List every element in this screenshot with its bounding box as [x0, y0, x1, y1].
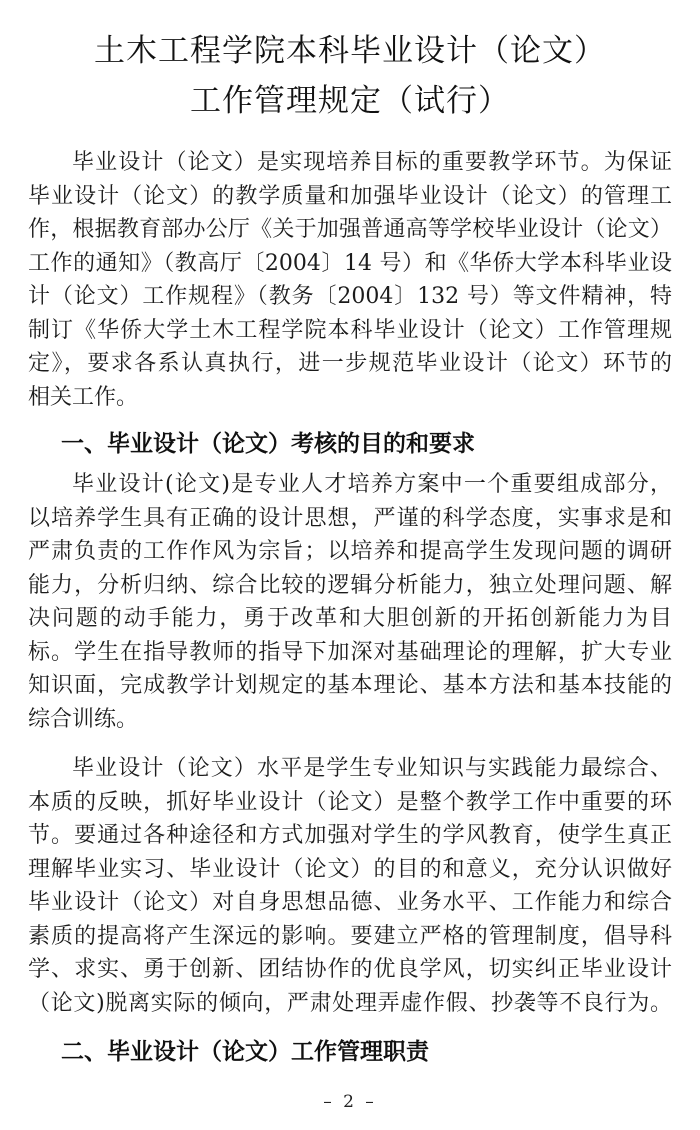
paragraph-line: 学、求实、勇于创新、团结协作的优良学风，切实纠正毕业设计 — [28, 953, 672, 987]
paragraph-line: 严肃负责的工作作风为宗旨；以培养和提高学生发现问题的调研 — [28, 535, 672, 569]
paragraph-line: 工作的通知》（教高厅〔2004〕14 号）和《华侨大学本科毕业设 — [28, 247, 672, 281]
paragraph-line: 相关工作。 — [28, 381, 672, 415]
paragraph-line: 理解毕业实习、毕业设计（论文）的目的和意义，充分认识做好 — [28, 853, 672, 887]
paragraph-line: 标。学生在指导教师的指导下加深对基础理论的理解，扩大专业 — [28, 636, 672, 670]
paragraph-line: 定》，要求各系认真执行，进一步规范毕业设计（论文）环节的 — [28, 347, 672, 381]
paragraph-line: 毕业设计（论文）是实现培养目标的重要教学环节。为保证 — [28, 146, 672, 180]
paragraph-line: 本质的反映，抓好毕业设计（论文）是整个教学工作中重要的环 — [28, 786, 672, 820]
page-number: – 2 – — [28, 1092, 672, 1112]
section-heading-1: 一、毕业设计（论文）考核的目的和要求 — [28, 430, 672, 458]
paragraph-line: 素质的提高将产生深远的影响。要建立严格的管理制度，倡导科 — [28, 920, 672, 954]
document-title-line-1: 土木工程学院本科毕业设计（论文） — [28, 26, 672, 76]
paragraph-line: 以培养学生具有正确的设计思想，严谨的科学态度，实事求是和 — [28, 502, 672, 536]
paragraph-line: 制订《华侨大学土木工程学院本科毕业设计（论文）工作管理规 — [28, 314, 672, 348]
paragraph-line: 知识面，完成教学计划规定的基本理论、基本方法和基本技能的 — [28, 669, 672, 703]
paragraph-line: （论文)脱离实际的倾向，严肃处理弄虚作假、抄袭等不良行为。 — [28, 987, 672, 1021]
paragraph-line: 毕业设计(论文)是专业人才培养方案中一个重要组成部分， — [28, 468, 672, 502]
paragraph-line: 节。要通过各种途径和方式加强对学生的学风教育，使学生真正 — [28, 819, 672, 853]
paragraph-line: 计（论文）工作规程》（教务〔2004〕132 号）等文件精神，特 — [28, 280, 672, 314]
document-title-line-2: 工作管理规定（试行） — [28, 76, 672, 126]
section-heading-2: 二、毕业设计（论文）工作管理职责 — [28, 1038, 672, 1066]
paragraph-line: 毕业设计（论文）水平是学生专业知识与实践能力最综合、 — [28, 752, 672, 786]
document-title: 土木工程学院本科毕业设计（论文） 工作管理规定（试行） — [28, 26, 672, 126]
paragraph-line: 毕业设计（论文）对自身思想品德、业务水平、工作能力和综合 — [28, 886, 672, 920]
paragraph-line: 决问题的动手能力，勇于改革和大胆创新的开拓创新能力为目 — [28, 602, 672, 636]
paragraph-section1-goals: 毕业设计(论文)是专业人才培养方案中一个重要组成部分， 以培养学生具有正确的设计… — [28, 468, 672, 736]
paragraph-line: 毕业设计（论文）的教学质量和加强毕业设计（论文）的管理工 — [28, 180, 672, 214]
document-page: 土木工程学院本科毕业设计（论文） 工作管理规定（试行） 毕业设计（论文）是实现培… — [0, 0, 700, 1130]
paragraph-section1-requirements: 毕业设计（论文）水平是学生专业知识与实践能力最综合、 本质的反映，抓好毕业设计（… — [28, 752, 672, 1020]
paragraph-line: 作，根据教育部办公厅《关于加强普通高等学校毕业设计（论文） — [28, 213, 672, 247]
paragraph-intro: 毕业设计（论文）是实现培养目标的重要教学环节。为保证 毕业设计（论文）的教学质量… — [28, 146, 672, 414]
paragraph-line: 能力，分析归纳、综合比较的逻辑分析能力，独立处理问题、解 — [28, 569, 672, 603]
paragraph-line: 综合训练。 — [28, 703, 672, 737]
